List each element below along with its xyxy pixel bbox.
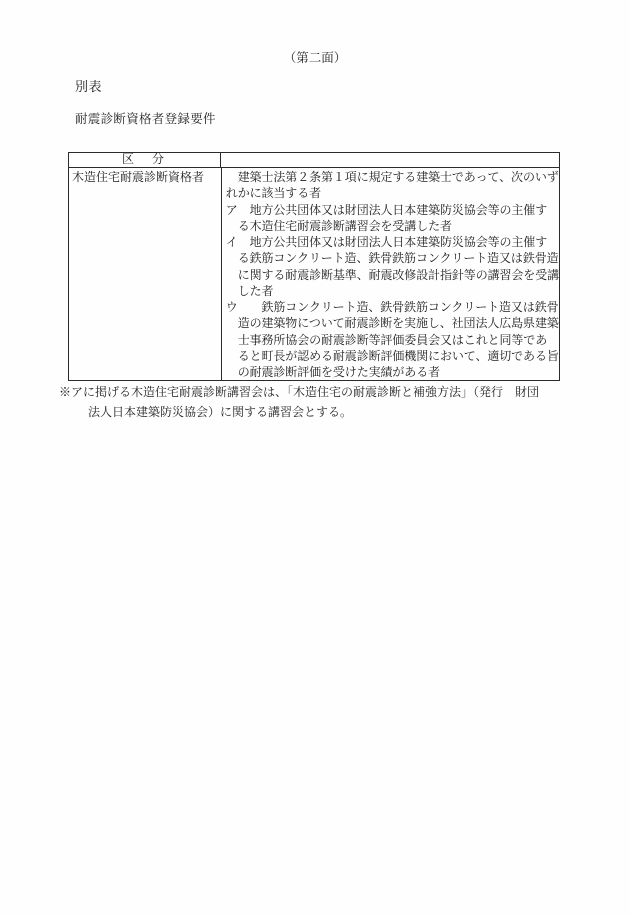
table-header-category: 区 分 [69,153,221,167]
requirement-line: に関する耐震診断基準、耐震改修設計指針等の講習会を受講 [226,267,559,283]
requirement-line: 造の建築物について耐震診断を実施し、社団法人広島県建築 [226,315,559,331]
requirement-line: ウ 鉄筋コンクリート造、鉄骨鉄筋コンクリート造又は鉄骨 [226,299,559,315]
requirement-line: ると町長が認める耐震診断評価機関において、適切である旨 [226,348,559,364]
requirement-line: れかに該当する者 [226,185,559,201]
table-row: 木造住宅耐震診断資格者 建築士法第２条第１項に規定する建築士であって、次のいずれ… [69,168,559,380]
requirements-cell: 建築士法第２条第１項に規定する建築士であって、次のいずれかに該当する者ア 地方公… [222,168,559,380]
footnote: ※アに掲げる木造住宅耐震診断講習会は、「木造住宅の耐震診断と補強方法」（発行 財… [59,383,564,422]
table-header-requirements [221,153,559,167]
footnote-line-2: 法人日本建築防災協会）に関する講習会とする。 [88,403,564,423]
document-subtitle: 耐震診断資格者登録要件 [75,112,216,126]
requirement-line: の耐震診断評価を受けた実績がある者 [226,364,559,380]
footnote-line-1: ※アに掲げる木造住宅耐震診断講習会は、「木造住宅の耐震診断と補強方法」（発行 財… [59,383,564,403]
category-cell: 木造住宅耐震診断資格者 [69,168,222,380]
page-face-label: （第二面） [0,51,630,65]
requirement-line: 士事務所協会の耐震診断等評価委員会又はこれと同等であ [226,332,559,348]
requirement-line: る木造住宅耐震診断講習会を受講した者 [226,218,559,234]
requirement-line: した者 [226,283,559,299]
requirements-table: 区 分 木造住宅耐震診断資格者 建築士法第２条第１項に規定する建築士であって、次… [68,152,560,381]
appendix-label: 別表 [75,81,102,95]
requirement-line: ア 地方公共団体又は財団法人日本建築防災協会等の主催す [226,202,559,218]
requirement-line: 建築士法第２条第１項に規定する建築士であって、次のいず [226,169,559,185]
document-page: （第二面） 別表 耐震診断資格者登録要件 区 分 木造住宅耐震診断資格者 建築士… [0,0,630,915]
requirement-line: イ 地方公共団体又は財団法人日本建築防災協会等の主催す [226,234,559,250]
table-header-row: 区 分 [69,153,559,168]
requirement-line: る鉄筋コンクリート造、鉄骨鉄筋コンクリート造又は鉄骨造 [226,250,559,266]
